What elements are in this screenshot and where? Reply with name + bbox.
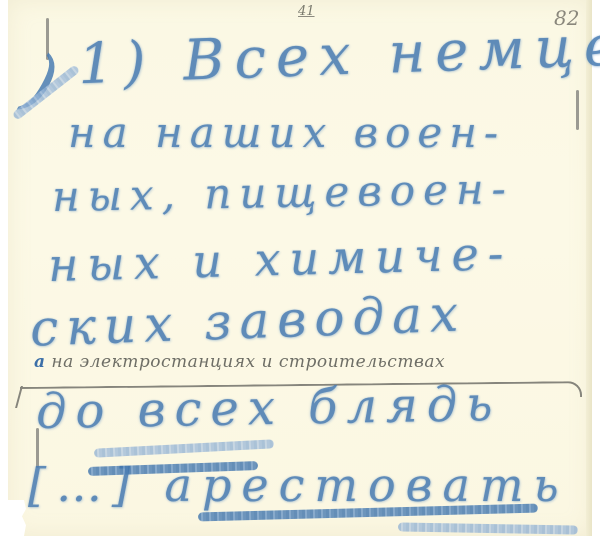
insertion-lead-mark: а [34, 352, 46, 372]
sheet-edge [586, 0, 592, 536]
binding-mark-right [576, 90, 579, 130]
handwritten-line-2: на наших воен- [68, 108, 505, 157]
emphasis-stroke-1 [94, 439, 274, 457]
pencil-insertion: а на электростанциях и строительствах [34, 352, 590, 378]
handwritten-line-3: ных, пищевоен- [52, 164, 514, 221]
handwritten-line-1: 1) Всех немцев [77, 12, 600, 98]
folio-mark: 41 [298, 4, 315, 19]
emphasis-stroke-4 [398, 522, 578, 534]
handwritten-line-4: ных и химиче- [47, 226, 513, 292]
handwritten-line-6: до всех блядь [36, 376, 502, 440]
insertion-text: на электростанциях и строительствах [51, 352, 445, 372]
handwritten-line-5: ских заводах [29, 284, 467, 357]
paper-sheet: 41 82 ) 1) Всех немцев на наших воен- ны… [8, 0, 592, 536]
